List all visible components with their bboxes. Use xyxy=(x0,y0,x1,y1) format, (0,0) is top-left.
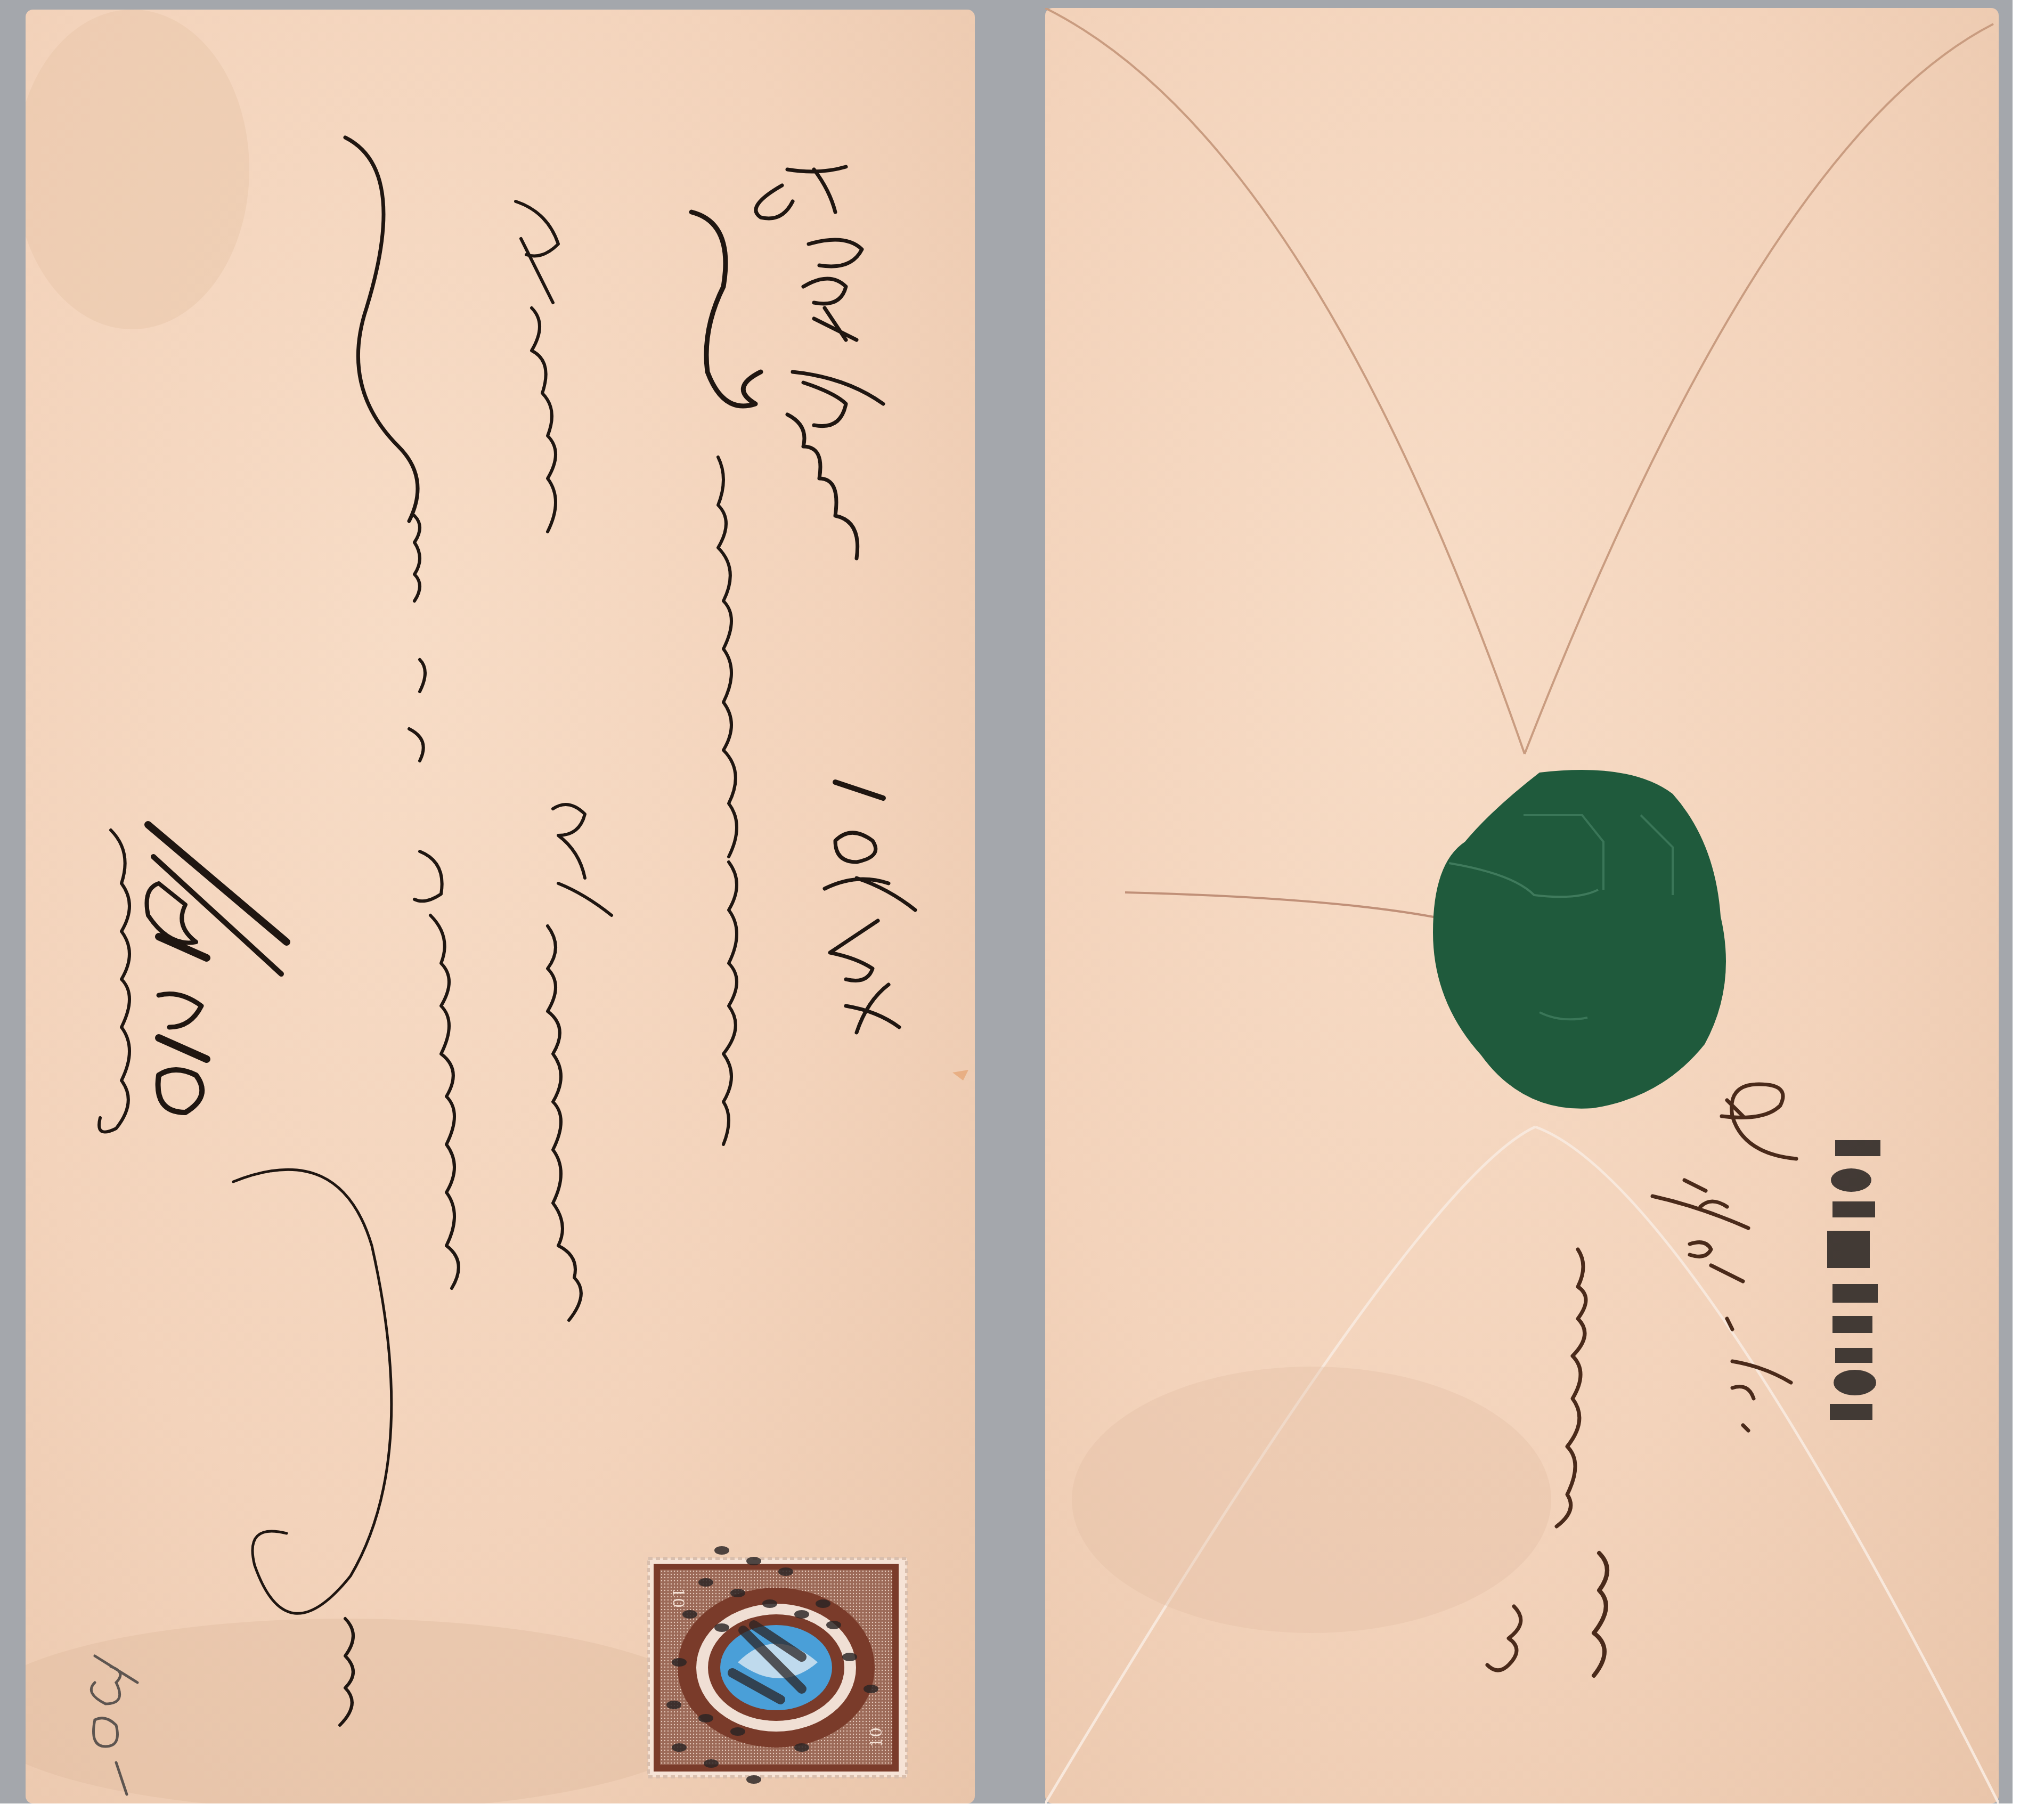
destination-ink xyxy=(99,825,287,1132)
dorpat-postmark: Dorpat xyxy=(1822,1140,1880,1577)
svg-text:10: 10 xyxy=(867,1727,886,1748)
green-wax-seal xyxy=(1417,757,1742,1119)
arrival-note-ink xyxy=(1487,1084,1796,1676)
postage-stamp-10-kop: 10 10 xyxy=(647,1534,950,1801)
postmark-text: Dorpat xyxy=(1822,1140,1824,1141)
date-line-ink xyxy=(756,167,915,1033)
svg-text:10: 10 xyxy=(669,1588,687,1608)
address-ink xyxy=(233,137,761,1725)
